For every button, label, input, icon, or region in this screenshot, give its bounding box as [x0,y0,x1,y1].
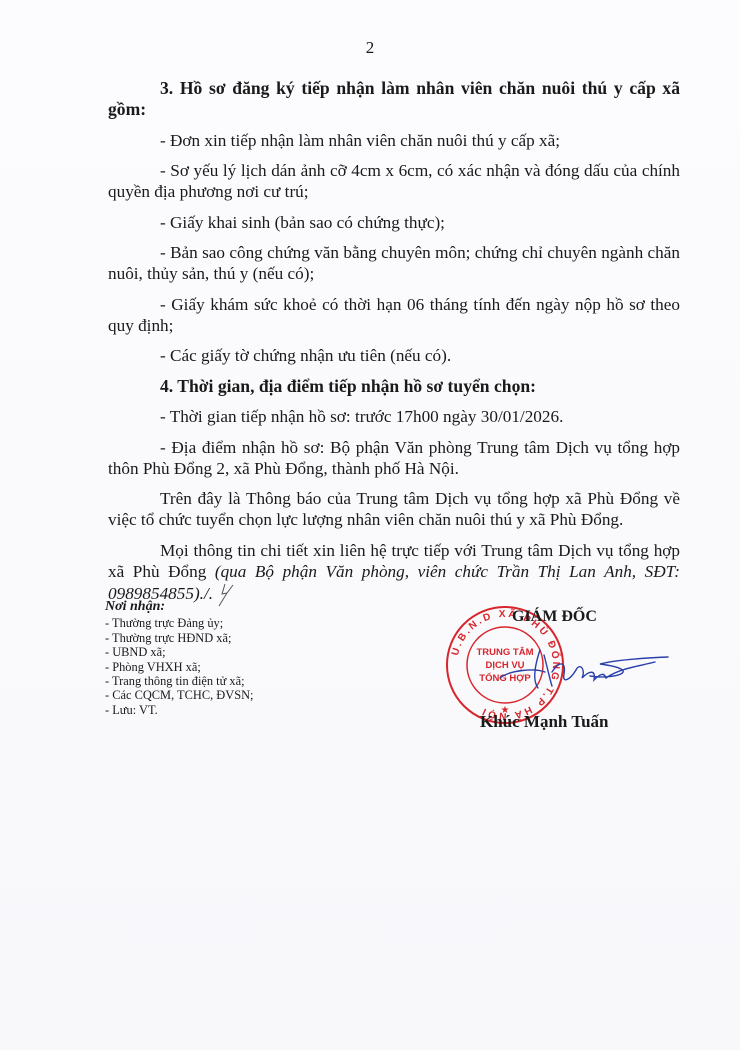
signer-name: Khúc Mạnh Tuấn [480,712,609,732]
section-4-item: - Thời gian tiếp nhận hồ sơ: trước 17h00… [108,406,680,427]
recipient-item: - Trang thông tin điện tử xã; [105,674,365,688]
recipient-item: - UBND xã; [105,645,365,659]
handwritten-signature-icon [440,600,670,720]
recipient-item: - Phòng VHXH xã; [105,660,365,674]
section-3-item: - Các giấy tờ chứng nhận ưu tiên (nếu có… [108,345,680,366]
section-3-item: - Sơ yếu lý lịch dán ảnh cỡ 4cm x 6cm, c… [108,160,680,202]
section-3-heading: 3. Hồ sơ đăng ký tiếp nhận làm nhân viên… [108,78,680,120]
document-page: 2 3. Hồ sơ đăng ký tiếp nhận làm nhân vi… [0,0,740,1050]
recipient-item: - Các CQCM, TCHC, ĐVSN; [105,688,365,702]
page-number: 2 [0,38,740,58]
recipient-item: - Thường trực Đảng ủy; [105,616,365,630]
signature-block: U.B.N.D XÃ PHÙ ĐỔNG T.P HÀ NỘI TRUNG TÂM… [440,600,670,740]
recipient-item: - Thường trực HĐND xã; [105,631,365,645]
section-3-item: - Giấy khai sinh (bản sao có chứng thực)… [108,212,680,233]
closing-summary: Trên đây là Thông báo của Trung tâm Dịch… [108,488,680,530]
document-body: 3. Hồ sơ đăng ký tiếp nhận làm nhân viên… [108,78,680,617]
closing-contact: Mọi thông tin chi tiết xin liên hệ trực … [108,540,680,608]
section-4-item: - Địa điểm nhận hồ sơ: Bộ phận Văn phòng… [108,437,680,479]
section-3-item: - Bản sao công chứng văn bằng chuyên môn… [108,242,680,284]
section-3-item: - Giấy khám sức khoẻ có thời hạn 06 thán… [108,294,680,336]
section-3-item: - Đơn xin tiếp nhận làm nhân viên chăn n… [108,130,680,151]
section-4-heading: 4. Thời gian, địa điểm tiếp nhận hồ sơ t… [108,376,680,397]
recipients-list: Nơi nhận: - Thường trực Đảng ủy; - Thườn… [105,600,365,717]
recipients-title: Nơi nhận: [105,600,365,614]
recipient-item: - Lưu: VT. [105,703,365,717]
